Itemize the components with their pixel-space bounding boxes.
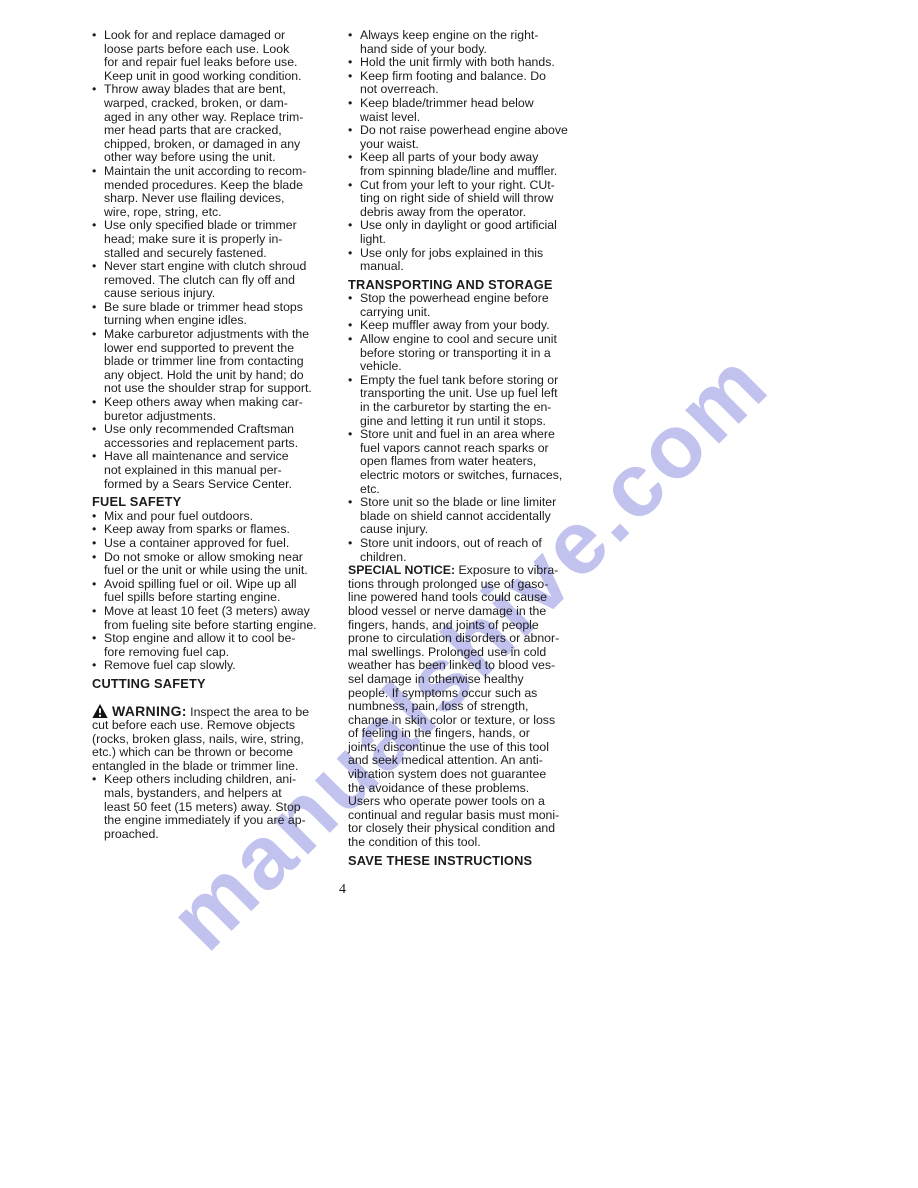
bullet-item: •Move at least 10 feet (3 meters) awayfr…	[92, 605, 342, 632]
text-line: gine and letting it run until it stops.	[360, 415, 598, 429]
text-line: (rocks, broken glass, nails, wire, strin…	[92, 733, 342, 747]
text-line: Have all maintenance and service	[104, 450, 342, 464]
text-line: aged in any other way. Replace trim-	[104, 111, 342, 125]
text-line: cut before each use. Remove objects	[92, 719, 342, 733]
text-line: electric motors or switches, furnaces,	[360, 469, 598, 483]
bullet-item: •Store unit and fuel in an area wherefue…	[348, 428, 598, 496]
text-line: Throw away blades that are bent,	[104, 83, 342, 97]
text-line: not use the shoulder strap for support.	[104, 382, 342, 396]
text-line: Keep all parts of your body away	[360, 151, 598, 165]
bullet-item: •Keep blade/trimmer head belowwaist leve…	[348, 97, 598, 124]
text-line: Always keep engine on the right-	[360, 29, 598, 43]
section-heading: FUEL SAFETY	[92, 495, 342, 509]
bullet-item: •Use only in daylight or good artificial…	[348, 219, 598, 246]
text-line: Keep away from sparks or flames.	[104, 523, 342, 537]
text-line: weather has been linked to blood ves-	[348, 659, 598, 673]
text-line: Store unit so the blade or line limiter	[360, 496, 598, 510]
text-line: hand side of your body.	[360, 43, 598, 57]
bullet-glyph: •	[92, 423, 104, 450]
text-line: Use only recommended Craftsman	[104, 423, 342, 437]
text-line: light.	[360, 233, 598, 247]
bullet-glyph: •	[92, 29, 104, 83]
text-line: debris away from the operator.	[360, 206, 598, 220]
bullet-glyph: •	[348, 292, 360, 319]
text-line: Maintain the unit according to recom-	[104, 165, 342, 179]
text-line: sel damage in otherwise healthy	[348, 673, 598, 687]
text-line: Users who operate power tools on a	[348, 795, 598, 809]
bullet-glyph: •	[348, 124, 360, 151]
text-line: SPECIAL NOTICE: Exposure to vibra-	[348, 564, 598, 578]
text-line: before storing or transporting it in a	[360, 347, 598, 361]
bullet-glyph: •	[348, 496, 360, 537]
text-line: Store unit indoors, out of reach of	[360, 537, 598, 551]
text-line: open flames from water heaters,	[360, 455, 598, 469]
text-line: change in skin color or texture, or loss	[348, 714, 598, 728]
bullet-glyph: •	[348, 333, 360, 374]
bullet-glyph: •	[92, 165, 104, 219]
bullet-item: •Use a container approved for fuel.	[92, 537, 342, 551]
notice-paragraph: SPECIAL NOTICE: Exposure to vibra-tions …	[348, 564, 598, 849]
bullet-glyph: •	[92, 578, 104, 605]
text-line: in the carburetor by starting the en-	[360, 401, 598, 415]
bullet-glyph: •	[92, 396, 104, 423]
text-line: from fueling site before starting engine…	[104, 619, 342, 633]
bullet-item: •Keep away from sparks or flames.	[92, 523, 342, 537]
text-line: any object. Hold the unit by hand; do	[104, 369, 342, 383]
text-line: other way before using the unit.	[104, 151, 342, 165]
bullet-glyph: •	[348, 29, 360, 56]
text-line: fore removing fuel cap.	[104, 646, 342, 660]
text-line: mal swellings. Prolonged use in cold	[348, 646, 598, 660]
bullet-item: •Allow engine to cool and secure unitbef…	[348, 333, 598, 374]
text-line: fuel vapors cannot reach sparks or	[360, 442, 598, 456]
bullet-item: •Remove fuel cap slowly.	[92, 659, 342, 673]
text-line: cause injury.	[360, 523, 598, 537]
text-line: continual and regular basis must moni-	[348, 809, 598, 823]
bullet-item: •Be sure blade or trimmer head stopsturn…	[92, 301, 342, 328]
text-line: Be sure blade or trimmer head stops	[104, 301, 342, 315]
bullet-glyph: •	[348, 70, 360, 97]
bullet-item: •Store unit so the blade or line limiter…	[348, 496, 598, 537]
bullet-item: •Maintain the unit according to recom-me…	[92, 165, 342, 219]
text-line: the avoidance of these problems.	[348, 782, 598, 796]
bullet-item: •Keep firm footing and balance. Donot ov…	[348, 70, 598, 97]
text-line: Make carburetor adjustments with the	[104, 328, 342, 342]
text-line: Move at least 10 feet (3 meters) away	[104, 605, 342, 619]
bullet-glyph: •	[348, 428, 360, 496]
bullet-glyph: •	[92, 605, 104, 632]
text-line: Keep others away when making car-	[104, 396, 342, 410]
text-line: blood vessel or nerve damage in the	[348, 605, 598, 619]
text-line: WARNING: Inspect the area to be	[92, 704, 342, 720]
text-line: blade or trimmer line from contacting	[104, 355, 342, 369]
text-line: Mix and pour fuel outdoors.	[104, 510, 342, 524]
section-heading: CUTTING SAFETY	[92, 677, 342, 691]
text-line: carrying unit.	[360, 306, 598, 320]
bullet-item: •Keep others including children, ani-mal…	[92, 773, 342, 841]
text-line: the engine immediately if you are ap-	[104, 814, 342, 828]
bullet-glyph: •	[348, 247, 360, 274]
bullet-item: •Stop the powerhead engine beforecarryin…	[348, 292, 598, 319]
text-line: manual.	[360, 260, 598, 274]
text-line: Look for and replace damaged or	[104, 29, 342, 43]
text-line: blade on shield cannot accidentally	[360, 510, 598, 524]
notice-label: SPECIAL NOTICE:	[348, 563, 455, 577]
text-line: accessories and replacement parts.	[104, 437, 342, 451]
text-line: not overreach.	[360, 83, 598, 97]
bullet-glyph: •	[92, 301, 104, 328]
bullet-glyph: •	[92, 83, 104, 165]
bullet-item: •Use only for jobs explained in thismanu…	[348, 247, 598, 274]
bullet-glyph: •	[348, 151, 360, 178]
text-line: of feeling in the fingers, hands, or	[348, 727, 598, 741]
text-line: removed. The clutch can fly off and	[104, 274, 342, 288]
bullet-glyph: •	[92, 632, 104, 659]
right-column: •Always keep engine on the right-hand si…	[348, 29, 598, 868]
text-line: mals, bystanders, and helpers at	[104, 787, 342, 801]
bullet-item: •Keep all parts of your body awayfrom sp…	[348, 151, 598, 178]
bullet-item: •Look for and replace damaged orloose pa…	[92, 29, 342, 83]
bullet-item: •Do not smoke or allow smoking nearfuel …	[92, 551, 342, 578]
bullet-glyph: •	[348, 219, 360, 246]
text-line: transporting the unit. Use up fuel left	[360, 387, 598, 401]
text-line: from spinning blade/line and muffler.	[360, 165, 598, 179]
text-line: the condition of this tool.	[348, 836, 598, 850]
text-line: Do not smoke or allow smoking near	[104, 551, 342, 565]
text-line: numbness, pain, loss of strength,	[348, 700, 598, 714]
page-number: 4	[339, 882, 346, 898]
text-line: tions through prolonged use of gaso-	[348, 578, 598, 592]
bullet-item: •Use only recommended Craftsmanaccessori…	[92, 423, 342, 450]
bullet-glyph: •	[348, 97, 360, 124]
bullet-item: •Mix and pour fuel outdoors.	[92, 510, 342, 524]
bullet-glyph: •	[92, 537, 104, 551]
section-heading: SAVE THESE INSTRUCTIONS	[348, 854, 598, 868]
text-line: Hold the unit firmly with both hands.	[360, 56, 598, 70]
text-line: mer head parts that are cracked,	[104, 124, 342, 138]
text-line: Use only for jobs explained in this	[360, 247, 598, 261]
text-line: your waist.	[360, 138, 598, 152]
bullet-glyph: •	[92, 551, 104, 578]
section-heading: TRANSPORTING AND STORAGE	[348, 278, 598, 292]
text-line: Avoid spilling fuel or oil. Wipe up all	[104, 578, 342, 592]
text-line: tor closely their physical condition and	[348, 822, 598, 836]
bullet-glyph: •	[348, 179, 360, 220]
bullet-item: •Always keep engine on the right-hand si…	[348, 29, 598, 56]
manual-page: manualshive.com •Look for and replace da…	[0, 0, 918, 1188]
text-line: not explained in this manual per-	[104, 464, 342, 478]
text-line: Never start engine with clutch shroud	[104, 260, 342, 274]
warning-label: WARNING:	[112, 703, 187, 719]
text-line: Store unit and fuel in an area where	[360, 428, 598, 442]
text-line: proached.	[104, 828, 342, 842]
bullet-item: •Have all maintenance and servicenot exp…	[92, 450, 342, 491]
text-line: Allow engine to cool and secure unit	[360, 333, 598, 347]
text-line: least 50 feet (15 meters) away. Stop	[104, 801, 342, 815]
text-line: Stop the powerhead engine before	[360, 292, 598, 306]
text-line: wire, rope, string, etc.	[104, 206, 342, 220]
text-line: Stop engine and allow it to cool be-	[104, 632, 342, 646]
text-line: and seek medical attention. An anti-	[348, 754, 598, 768]
text-line: etc.	[360, 483, 598, 497]
text-line: Use only in daylight or good artificial	[360, 219, 598, 233]
text-line: Keep muffler away from your body.	[360, 319, 598, 333]
text-line: Cut from your left to your right. CUt-	[360, 179, 598, 193]
text-line: Keep blade/trimmer head below	[360, 97, 598, 111]
bullet-item: •Make carburetor adjustments with thelow…	[92, 328, 342, 396]
text-line: vibration system does not guarantee	[348, 768, 598, 782]
bullet-glyph: •	[92, 510, 104, 524]
text-line: Use only specified blade or trimmer	[104, 219, 342, 233]
left-column: •Look for and replace damaged orloose pa…	[92, 29, 342, 841]
text-line: children.	[360, 551, 598, 565]
text-line: line powered hand tools could cause	[348, 591, 598, 605]
text-line: prone to circulation disorders or abnor-	[348, 632, 598, 646]
text-line: buretor adjustments.	[104, 410, 342, 424]
text-line: fuel spills before starting engine.	[104, 591, 342, 605]
text-line: vehicle.	[360, 360, 598, 374]
bullet-glyph: •	[348, 56, 360, 70]
text-line: Empty the fuel tank before storing or	[360, 374, 598, 388]
bullet-glyph: •	[348, 374, 360, 428]
bullet-item: •Use only specified blade or trimmerhead…	[92, 219, 342, 260]
bullet-glyph: •	[348, 537, 360, 564]
text-line: formed by a Sears Service Center.	[104, 478, 342, 492]
text-line: chipped, broken, or damaged in any	[104, 138, 342, 152]
bullet-item: •Avoid spilling fuel or oil. Wipe up all…	[92, 578, 342, 605]
text-line: people. If symptoms occur such as	[348, 687, 598, 701]
text-line: waist level.	[360, 111, 598, 125]
text-line: Use a container approved for fuel.	[104, 537, 342, 551]
warning-icon	[92, 704, 108, 720]
text-line: turning when engine idles.	[104, 314, 342, 328]
bullet-glyph: •	[92, 773, 104, 841]
bullet-item: •Do not raise powerhead engine aboveyour…	[348, 124, 598, 151]
bullet-item: •Throw away blades that are bent,warped,…	[92, 83, 342, 165]
bullet-glyph: •	[92, 450, 104, 491]
text-line: Keep others including children, ani-	[104, 773, 342, 787]
bullet-item: •Store unit indoors, out of reach ofchil…	[348, 537, 598, 564]
text-line: etc.) which can be thrown or become	[92, 746, 342, 760]
bullet-glyph: •	[348, 319, 360, 333]
warning-paragraph: WARNING: Inspect the area to becut befor…	[92, 704, 342, 774]
bullet-glyph: •	[92, 260, 104, 301]
bullet-glyph: •	[92, 328, 104, 396]
text-line: cause serious injury.	[104, 287, 342, 301]
text-line: Keep unit in good working condition.	[104, 70, 342, 84]
text-line: for and repair fuel leaks before use.	[104, 56, 342, 70]
bullet-item: •Keep others away when making car-bureto…	[92, 396, 342, 423]
bullet-glyph: •	[92, 523, 104, 537]
text-line: warped, cracked, broken, or dam-	[104, 97, 342, 111]
text-line: sharp. Never use flailing devices,	[104, 192, 342, 206]
bullet-item: •Cut from your left to your right. CUt-t…	[348, 179, 598, 220]
bullet-glyph: •	[92, 219, 104, 260]
text-line: stalled and securely fastened.	[104, 247, 342, 261]
bullet-item: •Empty the fuel tank before storing ortr…	[348, 374, 598, 428]
text-line: ting on right side of shield will throw	[360, 192, 598, 206]
text-line: loose parts before each use. Look	[104, 43, 342, 57]
text-line: head; make sure it is properly in-	[104, 233, 342, 247]
bullet-item: •Stop engine and allow it to cool be-for…	[92, 632, 342, 659]
bullet-item: •Never start engine with clutch shroudre…	[92, 260, 342, 301]
bullet-item: •Hold the unit firmly with both hands.	[348, 56, 598, 70]
text-line: fuel or the unit or while using the unit…	[104, 564, 342, 578]
text-line: mended procedures. Keep the blade	[104, 179, 342, 193]
text-line: joints, discontinue the use of this tool	[348, 741, 598, 755]
text-line: Remove fuel cap slowly.	[104, 659, 342, 673]
text-line: entangled in the blade or trimmer line.	[92, 760, 342, 774]
text-line: lower end supported to prevent the	[104, 342, 342, 356]
text-line: Keep firm footing and balance. Do	[360, 70, 598, 84]
bullet-item: •Keep muffler away from your body.	[348, 319, 598, 333]
text-line: fingers, hands, and joints of people	[348, 619, 598, 633]
bullet-glyph: •	[92, 659, 104, 673]
text-line: Do not raise powerhead engine above	[360, 124, 598, 138]
